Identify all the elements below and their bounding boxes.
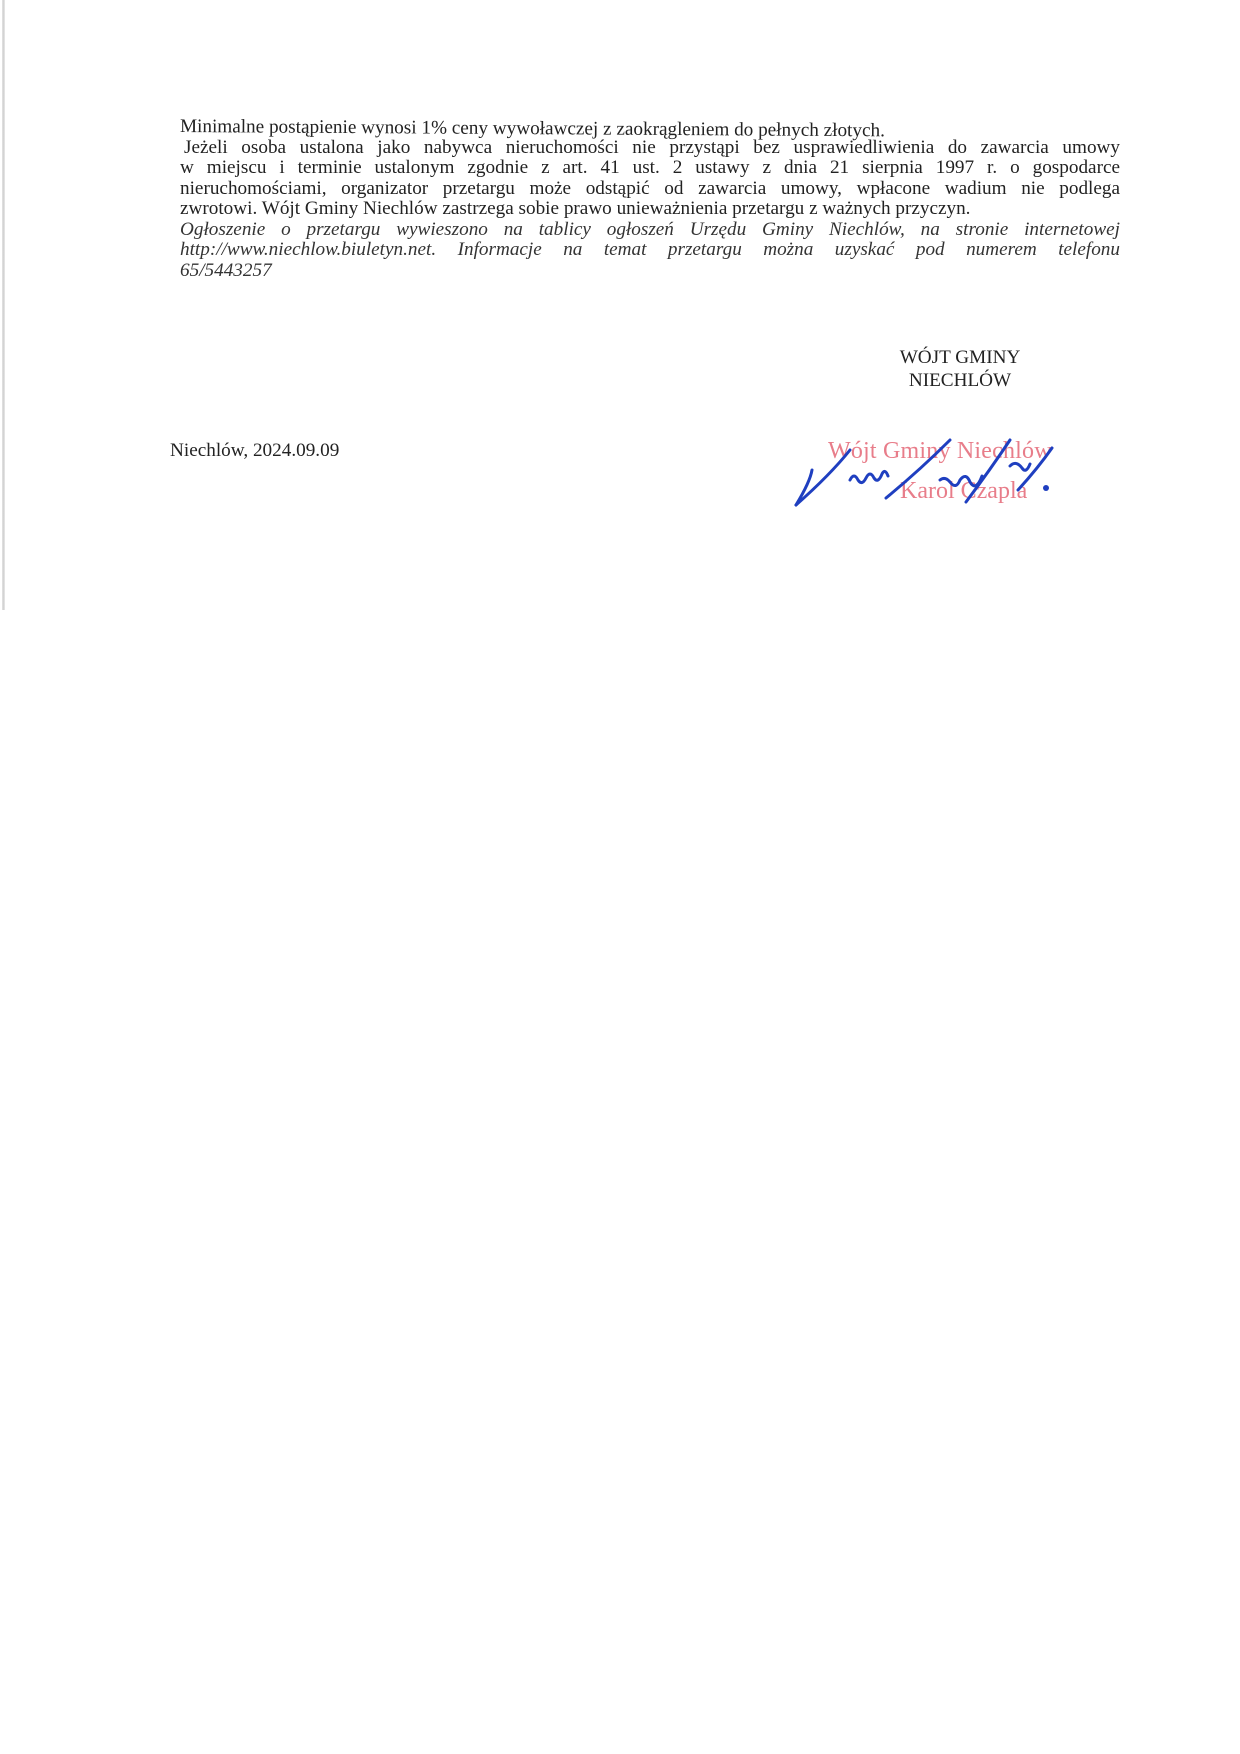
signatory-title: WÓJT GMINY NIECHLÓW <box>880 346 1040 392</box>
signatory-title-line2: NIECHLÓW <box>880 369 1040 392</box>
place-and-date: Niechlów, 2024.09.09 <box>170 440 339 462</box>
paragraph-line: nieruchomościami, organizator przetargu … <box>180 179 1120 200</box>
paragraph-line: w miejscu i terminie ustalonym zgodnie z… <box>180 158 1120 179</box>
notice-line: Ogłoszenie o przetargu wywieszono na tab… <box>180 220 1120 241</box>
notice-url-line: http://www.niechlow.biuletyn.net. Inform… <box>180 240 1120 261</box>
phone-number: 65/5443257 <box>180 261 1120 282</box>
signatory-title-line1: WÓJT GMINY <box>880 346 1040 369</box>
handwritten-signature-icon <box>790 430 1070 530</box>
paragraph-line: zwrotowi. Wójt Gminy Niechlów zastrzega … <box>180 199 1120 220</box>
document-page: Minimalne postąpienie wynosi 1% ceny wyw… <box>0 0 1240 1754</box>
document-body: Minimalne postąpienie wynosi 1% ceny wyw… <box>180 117 1120 281</box>
